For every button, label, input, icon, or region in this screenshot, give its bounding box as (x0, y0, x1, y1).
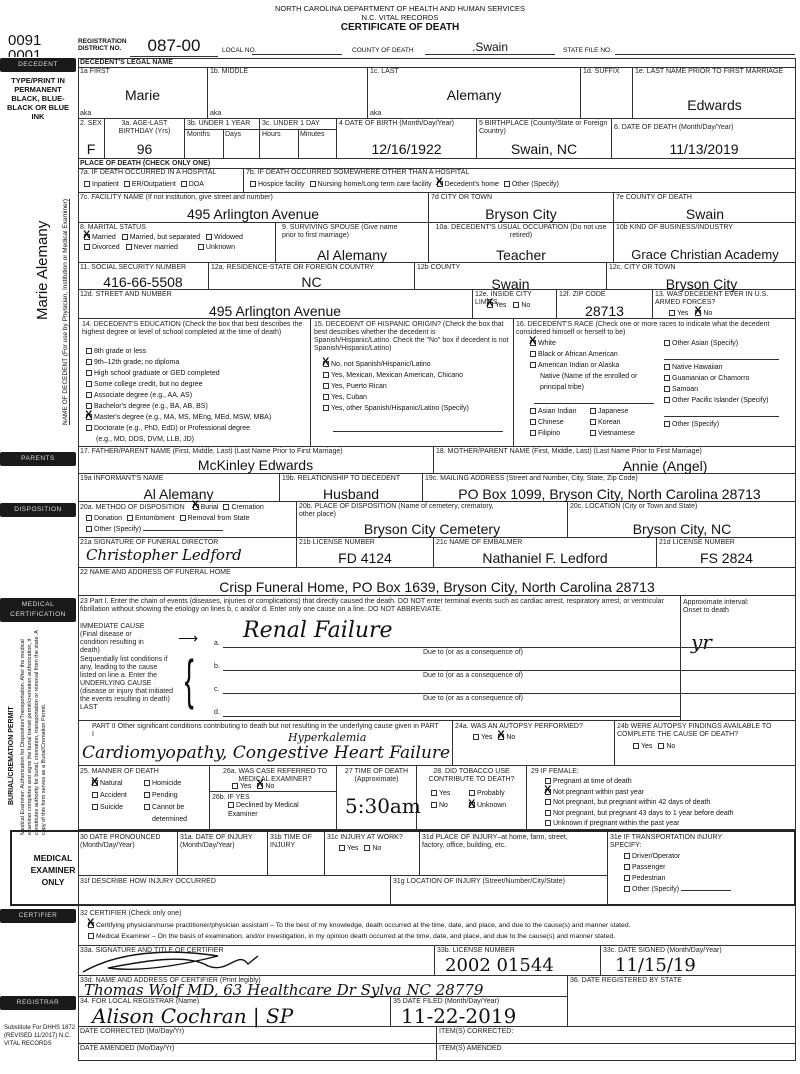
city-limits-no-checkbox[interactable] (513, 302, 519, 308)
funeral-license-field[interactable]: 21b LICENSE NUMBER FD 4124 (297, 538, 434, 568)
age-field[interactable]: 3a. AGE-LAST BIRTHDAY (Yrs) 96 (105, 119, 185, 159)
interval-label: Approximate interval: Onset to death (683, 599, 763, 615)
declined-checkbox[interactable] (228, 802, 234, 808)
brace-icon: { (185, 652, 194, 707)
disposition-location-field[interactable]: 20c. LOCATION (City or Town and State) B… (568, 502, 796, 538)
tobacco-unknown-checkbox[interactable] (469, 802, 475, 808)
race-option: White (538, 340, 556, 347)
race-japanese-checkbox[interactable] (590, 408, 596, 414)
tobacco-section: 28. DID TOBACCO USE CONTRIBUTE TO DEATH?… (417, 766, 527, 830)
not-pregnant-year-checkbox[interactable] (545, 789, 551, 795)
armed-forces-no-checkbox[interactable] (695, 310, 701, 316)
medical-examiner-label: Medical Examiner – On the basis of exami… (96, 933, 615, 940)
death-county-field[interactable]: 7e COUNTY OF DEATH Swain (614, 193, 796, 223)
if-female-label: 29 IF FEMALE: (531, 768, 579, 776)
removal-label: Removal from State (188, 515, 250, 522)
race-option: Other (Specify) (672, 421, 719, 428)
death-city-field[interactable]: 7d CITY OR TOWN Bryson City (429, 193, 614, 223)
me-referred-no-label: No (265, 783, 274, 790)
race-chinese-checkbox[interactable] (530, 419, 536, 425)
residence-city-label: 12c. CITY OR TOWN (609, 264, 676, 272)
race-korean-checkbox[interactable] (590, 419, 596, 425)
education-some-college-checkbox[interactable] (86, 381, 92, 387)
autopsy-no-checkbox[interactable] (498, 734, 504, 740)
female-option: Not pregnant, but pregnant within 42 day… (553, 799, 710, 806)
spouse-field[interactable]: 9. SURVIVING SPOUSE (Give name prior to … (276, 223, 429, 263)
transport-option: Other (Specify) (632, 886, 679, 893)
natural-checkbox[interactable] (92, 780, 98, 786)
hispanic-option: No, not Spanish/Hispanic/Latino (331, 361, 431, 368)
cause-line-a[interactable]: Renal Failure (243, 618, 393, 643)
dod-label: 6. DATE OF DEATH (Month/Day/Year) (614, 124, 733, 132)
armed-forces-yes-checkbox[interactable] (669, 310, 675, 316)
inpatient-label: Inpatient (92, 181, 119, 188)
date-signed-label: 33c. DATE SIGNED (Month/Day/Year) (603, 947, 722, 955)
certifier-license-field[interactable]: 33b. LICENSE NUMBER 2002 01544 (435, 946, 601, 976)
injury-date-field[interactable]: 31a. DATE OF INJURY (Month/Day/Year) (178, 832, 268, 876)
county-of-death-field[interactable]: .Swain (425, 40, 555, 55)
armed-forces-label: 13. WAS DECEDENT EVER IN U.S. ARMED FORC… (655, 291, 794, 307)
suicide-checkbox[interactable] (92, 804, 98, 810)
hispanic-mexican-checkbox[interactable] (323, 372, 329, 378)
burial-label: Burial (201, 504, 219, 511)
race-black-checkbox[interactable] (530, 351, 536, 357)
pregnant-42-days-checkbox[interactable] (545, 799, 551, 805)
ssn-value: 416-66-5508 (78, 274, 208, 290)
disposition-location-label: 20c. LOCATION (City or Town and State) (570, 503, 697, 511)
informant-field[interactable]: 19a INFORMANT'S NAME Al Alemany (78, 474, 280, 502)
arrow-right-icon: ⟶ (178, 630, 198, 647)
cause-part2-value: Cardiomyopathy, Congestive Heart Failure (82, 743, 450, 763)
pregnant-43-days-checkbox[interactable] (545, 810, 551, 816)
funeral-license-value: FD 4124 (297, 550, 433, 566)
business-field[interactable]: 10b KIND OF BUSINESS/INDUSTRY Grace Chri… (614, 223, 796, 263)
education-option: High school graduate or GED completed (94, 370, 220, 377)
first-name-field[interactable]: 1a FIRST Marie aka (78, 67, 208, 119)
nursing-home-checkbox[interactable] (310, 181, 316, 187)
facility-name-value: 495 Arlington Avenue (78, 206, 428, 222)
relationship-field[interactable]: 19b. RELATIONSHIP TO DECEDENT Husband (280, 474, 423, 502)
hispanic-option: Yes, Puerto Rican (331, 383, 387, 390)
sex-label: 2. SEX (80, 120, 102, 128)
divorced-label: Divorced (92, 244, 120, 251)
tobacco-probably-checkbox[interactable] (469, 790, 475, 796)
residence-state-field[interactable]: 12a. RESIDENCE-STATE OR FOREIGN COUNTRY … (209, 263, 415, 290)
natural-label: Natural (100, 778, 144, 790)
other-place-label: Other (Specify) (512, 181, 559, 188)
undetermined-checkbox[interactable] (144, 804, 150, 810)
pregnant-unknown-checkbox[interactable] (545, 820, 551, 826)
informant-value: Al Alemany (78, 486, 279, 502)
separated-checkbox[interactable] (122, 234, 128, 240)
relationship-value: Husband (280, 486, 422, 502)
city-limits-yes-label: Yes (495, 302, 506, 309)
declined-label: Declined by Medical Examiner (228, 802, 299, 818)
maiden-name-value: Edwards (633, 97, 796, 113)
autopsy-label: 24a. WAS AN AUTOPSY PERFORMED? (455, 723, 583, 731)
embalmer-value: Nathaniel F. Ledford (434, 550, 656, 566)
autopsy-findings-label: 24b WERE AUTOPSY FINDINGS AVAILABLE TO C… (617, 723, 794, 739)
disposition-place-field[interactable]: 20b. PLACE OF DISPOSITION (Name of cemet… (297, 502, 568, 538)
suicide-label: Suicide (100, 802, 144, 814)
hispanic-other-checkbox[interactable] (323, 405, 329, 411)
city-limits-field: 12e. INSIDE CITY LIMITS Yes No (473, 290, 557, 319)
disposition-method-section: 20a. METHOD OF DISPOSITION Burial Cremat… (78, 502, 297, 538)
cremation-checkbox[interactable] (223, 504, 229, 510)
hospice-checkbox[interactable] (250, 181, 256, 187)
suffix-label: 1d. SUFFIX (583, 68, 620, 76)
cause-part1-label: 23 Part I. Enter the chain of events (di… (80, 598, 676, 614)
transport-option: Driver/Operator (632, 853, 680, 860)
birthplace-field[interactable]: 5 BIRTHPLACE (County/State or Foreign Co… (477, 119, 612, 159)
first-name-label: 1a FIRST (80, 68, 110, 76)
minutes-label: Minutes (300, 131, 325, 139)
sex-field[interactable]: 2. SEX F (78, 119, 105, 159)
education-label: 14. DECEDENT'S EDUCATION (Check the box … (82, 321, 306, 337)
funeral-director-signature: Christopher Ledford (86, 546, 242, 564)
education-associate-checkbox[interactable] (86, 392, 92, 398)
me-referred-no-checkbox[interactable] (257, 783, 263, 789)
married-checkbox[interactable] (84, 234, 90, 240)
female-option: Unknown if pregnant within the past year (553, 820, 679, 827)
findings-no-checkbox[interactable] (658, 743, 664, 749)
hispanic-section: 15. DECEDENT OF HISPANIC ORIGIN? (Check … (311, 319, 514, 447)
homicide-checkbox[interactable] (144, 780, 150, 786)
race-section: 16. DECEDENT'S RACE (Check one or more r… (514, 319, 796, 447)
months-label: Months (187, 131, 210, 139)
cause-part2-field[interactable]: PART II Other significant conditions con… (78, 721, 453, 766)
date-signed-field[interactable]: 33c. DATE SIGNED (Month/Day/Year) 11/15/… (601, 946, 796, 976)
education-doctorate-checkbox[interactable] (86, 425, 92, 431)
occupation-label: 10a. DECEDENT'S USUAL OCCUPATION (Do not… (431, 224, 611, 240)
certifier-section: 32 CERTIFIER (Check only one) Certifying… (78, 908, 796, 946)
zip-value: 28713 (557, 303, 652, 319)
hispanic-option: Yes, Mexican, Mexican American, Chicano (331, 372, 463, 379)
hispanic-puerto-rican-checkbox[interactable] (323, 383, 329, 389)
pending-checkbox[interactable] (144, 792, 150, 798)
education-hs-checkbox[interactable] (86, 370, 92, 376)
manner-label: 25. MANNER OF DEATH (80, 768, 159, 776)
mother-name-field[interactable]: 18. MOTHER/PARENT NAME (First, Middle, L… (434, 447, 796, 474)
accident-label: Accident (100, 790, 144, 802)
tobacco-yes-checkbox[interactable] (431, 790, 437, 796)
race-option: Other Asian (Specify) (672, 340, 738, 347)
certifier-signature (78, 946, 328, 976)
death-county-label: 7e COUNTY OF DEATH (616, 194, 692, 202)
never-married-checkbox[interactable] (126, 244, 132, 250)
maiden-name-field[interactable]: 1e. LAST NAME PRIOR TO FIRST MARRIAGE Ed… (633, 67, 796, 119)
last-name-field[interactable]: 1c. LAST Alemany aka (368, 67, 581, 119)
injury-date-label: 31a. DATE OF INJURY (Month/Day/Year) (180, 834, 265, 850)
last-name-label: 1c. LAST (370, 68, 399, 76)
hispanic-option: Yes, Cuban (331, 394, 367, 401)
donation-label: Donation (94, 515, 122, 522)
spouse-label: 9. SURVIVING SPOUSE (Give name prior to … (282, 224, 408, 240)
injury-location-field[interactable]: 31g LOCATION OF INJURY (Street/Number/Ci… (391, 876, 608, 905)
me-referred-yes-label: Yes (240, 783, 251, 790)
due-to-label: Due to (or as a consequence of) (423, 695, 523, 703)
tobacco-no-checkbox[interactable] (431, 802, 437, 808)
race-label: 16. DECEDENT'S RACE (Check one or more r… (516, 321, 792, 337)
autopsy-yes-checkbox[interactable] (473, 734, 479, 740)
street-field[interactable]: 12d. STREET AND NUMBER 495 Arlington Ave… (78, 290, 473, 319)
birthplace-value: Swain, NC (477, 141, 611, 157)
residence-city-field[interactable]: 12c. CITY OR TOWN Bryson City (607, 263, 796, 290)
female-option: Not pregnant, but pregnant 43 days to 1 … (553, 810, 734, 817)
state-file-field[interactable] (615, 54, 795, 55)
death-county-value: Swain (614, 206, 796, 222)
occupation-value: Teacher (429, 247, 613, 263)
division-name: N.C. VITAL RECORDS (0, 13, 800, 22)
findings-yes-checkbox[interactable] (633, 743, 639, 749)
injury-time-field[interactable]: 31b TIME OF INJURY (268, 832, 325, 876)
race-option: Black or African American (538, 351, 618, 358)
tobacco-yes-label: Yes (439, 788, 469, 800)
dob-value: 12/16/1922 (337, 141, 476, 157)
date-filed-field[interactable]: 35 DATE FILED (Month/Day/Year) 11-22-201… (391, 997, 568, 1027)
race-other-pacific-checkbox[interactable] (664, 397, 670, 403)
other-place-checkbox[interactable] (504, 181, 510, 187)
embalmer-field[interactable]: 21c NAME OF EMBALMER Nathaniel F. Ledfor… (434, 538, 657, 568)
due-to-label: Due to (or as a consequence of) (423, 649, 523, 657)
race-vietnamese-checkbox[interactable] (590, 430, 596, 436)
funeral-director-signature-field[interactable]: 21a SIGNATURE OF FUNERAL DIRECTOR Christ… (78, 538, 297, 568)
race-option: American Indian or Alaska (538, 362, 619, 369)
father-name-field[interactable]: 17. FATHER/PARENT NAME (First, Middle, L… (78, 447, 434, 474)
items-corrected-field[interactable]: ITEM(S) CORRECTED: (437, 1027, 796, 1044)
facility-name-label: 7c. FACILITY NAME (If not institution, g… (80, 194, 273, 202)
non-hospital-death-field: 7b. IF DEATH OCCURRED SOMEWHERE OTHER TH… (244, 168, 796, 193)
cause-line-b[interactable] (228, 658, 668, 670)
dod-value: 11/13/2019 (612, 141, 796, 157)
suffix-field[interactable]: 1d. SUFFIX (581, 67, 633, 119)
findings-yes-label: Yes (641, 743, 652, 750)
under-1-year-field[interactable]: 3b. UNDER 1 YEAR Months Days (185, 119, 260, 159)
sex-value: F (78, 141, 104, 157)
doa-checkbox[interactable] (181, 181, 187, 187)
race-option: Asian Indian (538, 406, 590, 417)
transport-option: Passenger (632, 864, 665, 871)
certifier-label: 32 CERTIFIER (Check only one) (80, 910, 181, 918)
under-1-day-field[interactable]: 3c. UNDER 1 DAY Hours Minutes (260, 119, 337, 159)
widowed-checkbox[interactable] (206, 234, 212, 240)
immediate-cause-note: (Final disease or condition resulting in… (80, 631, 150, 655)
residence-county-field[interactable]: 12b COUNTY Swain (415, 263, 607, 290)
race-native-hawaiian-checkbox[interactable] (664, 364, 670, 370)
interval-section: Approximate interval: Onset to death yr (681, 596, 796, 721)
education-8th-checkbox[interactable] (86, 348, 92, 354)
female-option: Pregnant at time of death (553, 778, 632, 785)
funeral-home-value: Crisp Funeral Home, PO Box 1639, Bryson … (78, 579, 796, 595)
embalmer-license-field[interactable]: 21d LICENSE NUMBER FS 2824 (657, 538, 796, 568)
race-american-indian-checkbox[interactable] (530, 362, 536, 368)
hispanic-cuban-checkbox[interactable] (323, 394, 329, 400)
dob-label: 4 DATE OF BIRTH (Month/Day/Year) (339, 120, 454, 128)
race-option: Vietnamese (598, 430, 635, 437)
hospital-death-field: 7a. IF DEATH OCCURRED IN A HOSPITAL Inpa… (78, 168, 244, 193)
race-other-checkbox[interactable] (664, 421, 670, 427)
local-no-label: LOCAL NO. (222, 47, 256, 54)
zip-label: 12f. ZIP CODE (559, 291, 606, 299)
education-option: Master's degree (e.g., MA, MS, MEng, MEd… (94, 414, 271, 421)
hispanic-no-checkbox[interactable] (323, 361, 329, 367)
autopsy-yes-label: Yes (481, 734, 492, 741)
injury-at-work-label: 31c INJURY AT WORK? (327, 834, 403, 842)
interval-a-value[interactable]: yr (691, 630, 712, 654)
cause-line-d[interactable] (228, 704, 668, 716)
entombment-checkbox[interactable] (127, 515, 133, 521)
disposition-place-label: 20b. PLACE OF DISPOSITION (Name of cemet… (299, 503, 507, 519)
race-guamanian-checkbox[interactable] (664, 375, 670, 381)
substitute-note: Substitute For DHHS 1872 (REVISED 11/201… (4, 1024, 78, 1048)
race-option: Filipino (538, 428, 590, 439)
dod-field[interactable]: 6. DATE OF DEATH (Month/Day/Year) 11/13/… (612, 119, 796, 159)
undetermined-label: Cannot be determined (152, 802, 192, 826)
date-amended-field[interactable]: DATE AMENDED (Mo/Day/Yr) (78, 1044, 437, 1061)
certifying-physician-checkbox[interactable] (88, 922, 94, 928)
inpatient-checkbox[interactable] (84, 181, 90, 187)
race-option: Japanese (598, 408, 628, 415)
certifier-license-label: 33b. LICENSE NUMBER (437, 947, 515, 955)
age-value: 96 (105, 141, 184, 157)
local-registrar-field[interactable]: 34. FOR LOCAL REGISTRAR (Name) Alison Co… (78, 997, 391, 1027)
hispanic-label: 15. DECEDENT OF HISPANIC ORIGIN? (Check … (314, 321, 509, 353)
stamp-bottom: 0001 (8, 47, 41, 57)
permit-title: BURIAL/CREMATION PERMIT (8, 706, 15, 805)
divorced-checkbox[interactable] (84, 244, 90, 250)
tobacco-unknown-label: Unknown (477, 802, 506, 809)
doa-label: DOA (189, 181, 204, 188)
separated-label: Married, but separated (130, 234, 200, 241)
form-header: NORTH CAROLINA DEPARTMENT OF HEALTH AND … (0, 4, 800, 34)
death-city-label: 7d CITY OR TOWN (431, 194, 492, 202)
spouse-value: Al Alemany (276, 247, 428, 263)
date-corrected-label: DATE CORRECTED (Mo/Day/Yr) (80, 1028, 184, 1036)
city-limits-yes-checkbox[interactable] (487, 302, 493, 308)
injury-description-field[interactable]: 31f DESCRIBE HOW INJURY OCCURRED (78, 876, 391, 905)
mother-name-value: Annie (Angel) (434, 458, 796, 474)
zip-field[interactable]: 12f. ZIP CODE 28713 (557, 290, 653, 319)
education-option: Doctorate (e.g., PhD, EdD) or Profession… (94, 425, 250, 432)
permit-text: Medical Examiner: Authorization for Disp… (20, 630, 48, 835)
form-title: CERTIFICATE OF DEATH (0, 22, 800, 34)
race-option: Chinese (538, 417, 590, 428)
hospital-death-label: 7a. IF DEATH OCCURRED IN A HOSPITAL (80, 169, 216, 177)
middle-name-field[interactable]: 1b. MIDDLE aka (208, 67, 368, 119)
race-white-checkbox[interactable] (530, 340, 536, 346)
er-outpatient-checkbox[interactable] (124, 181, 130, 187)
decedents-home-label: Decedent's home (445, 181, 499, 188)
race-other-asian-checkbox[interactable] (664, 340, 670, 346)
transport-injury-section: 31e IF TRANSPORTATION INJURY SPECIFY: Dr… (608, 832, 794, 905)
accident-checkbox[interactable] (92, 792, 98, 798)
decedents-home-checkbox[interactable] (437, 181, 443, 187)
race-asian-indian-checkbox[interactable] (530, 408, 536, 414)
registration-number-field[interactable]: 087-00 (130, 36, 218, 57)
certifier-name-address-field[interactable]: 33d. NAME AND ADDRESS OF CERTIFIER (Prin… (78, 976, 568, 997)
state-file-label: STATE FILE NO. (563, 47, 612, 54)
injury-at-work-yes-checkbox[interactable] (339, 845, 345, 851)
removal-checkbox[interactable] (180, 515, 186, 521)
dob-field[interactable]: 4 DATE OF BIRTH (Month/Day/Year) 12/16/1… (337, 119, 477, 159)
education-9-12-checkbox[interactable] (86, 359, 92, 365)
manner-section: 25. MANNER OF DEATH NaturalHomicide Acci… (78, 766, 210, 830)
married-label: Married (92, 234, 116, 241)
driver-checkbox[interactable] (624, 853, 630, 859)
entombment-label: Entombment (135, 515, 175, 522)
unknown-marital-checkbox[interactable] (198, 244, 204, 250)
medical-examiner-checkbox[interactable] (88, 933, 94, 939)
armed-forces-yes-label: Yes (677, 310, 688, 317)
death-city-value: Bryson City (429, 206, 613, 222)
date-pronounced-field[interactable]: 30 DATE PRONOUNCED (Month/Day/Year) (78, 832, 178, 876)
homicide-label: Homicide (152, 780, 181, 787)
date-corrected-field[interactable]: DATE CORRECTED (Mo/Day/Yr) (78, 1027, 437, 1044)
injury-at-work-yes-label: Yes (347, 845, 358, 852)
items-amended-field[interactable]: ITEM(S) AMENDED (437, 1044, 796, 1061)
autopsy-field: 24a. WAS AN AUTOPSY PERFORMED? Yes No (453, 721, 615, 766)
facility-name-field[interactable]: 7c. FACILITY NAME (If not institution, g… (78, 193, 429, 223)
immediate-cause-label: IMMEDIATE CAUSE (80, 623, 144, 631)
disposition-tag: DISPOSITION (0, 503, 76, 517)
funeral-home-field[interactable]: 22 NAME AND ADDRESS OF FUNERAL HOME Cris… (78, 568, 796, 596)
certifier-signature-field[interactable]: 33a. SIGNATURE AND TITLE OF CERTIFIER (78, 946, 435, 976)
time-of-death-field[interactable]: 27 TIME OF DEATH (Approximate) 5:30am (337, 766, 417, 830)
occupation-field[interactable]: 10a. DECEDENT'S USUAL OCCUPATION (Do not… (429, 223, 614, 263)
donation-checkbox[interactable] (86, 515, 92, 521)
injury-place-field[interactable]: 31d PLACE OF INJURY–at home, farm, stree… (420, 832, 608, 876)
decedent-name-vertical-label: NAME OF DECEDENT (For use by Physician, … (62, 199, 70, 425)
autopsy-findings-field: 24b WERE AUTOPSY FINDINGS AVAILABLE TO C… (615, 721, 796, 766)
education-option: 8th grade or less (94, 348, 146, 355)
time-of-death-label: 27 TIME OF DEATH (Approximate) (339, 768, 414, 784)
race-samoan-checkbox[interactable] (664, 386, 670, 392)
cause-line-c[interactable] (228, 681, 668, 693)
me-referred-yes-checkbox[interactable] (232, 783, 238, 789)
passenger-checkbox[interactable] (624, 864, 630, 870)
informant-label: 19a INFORMANT'S NAME (80, 475, 163, 483)
date-signed-value: 11/15/19 (615, 955, 696, 976)
race-option-note: principal tribe) (540, 384, 584, 391)
local-no-field[interactable] (252, 54, 342, 55)
race-filipino-checkbox[interactable] (530, 430, 536, 436)
mailing-address-value: PO Box 1099, Bryson City, North Carolina… (423, 486, 796, 502)
mailing-address-field[interactable]: 19c. MAILING ADDRESS (Street and Number,… (423, 474, 796, 502)
registrar-tag: REGISTRAR (0, 996, 76, 1010)
sequential-cause-note: Sequentially list conditions if any, lea… (80, 656, 175, 712)
other-disposition-checkbox[interactable] (86, 526, 92, 532)
medical-certification-tag: MEDICAL CERTIFICATION (0, 598, 76, 622)
education-master-checkbox[interactable] (86, 414, 92, 420)
injury-location-label: 31g LOCATION OF INJURY (Street/Number/Ci… (393, 878, 565, 886)
pedestrian-checkbox[interactable] (624, 875, 630, 881)
mother-name-label: 18. MOTHER/PARENT NAME (First, Middle, L… (436, 448, 702, 456)
er-outpatient-label: ER/Outpatient (132, 181, 176, 188)
injury-at-work-no-checkbox[interactable] (364, 845, 370, 851)
aka-label: aka (80, 110, 91, 118)
armed-forces-field: 13. WAS DECEDENT EVER IN U.S. ARMED FORC… (653, 290, 796, 319)
education-option: Some college credit, but no degree (94, 381, 203, 388)
burial-checkbox[interactable] (193, 504, 199, 510)
ssn-field[interactable]: 11. SOCIAL SECURITY NUMBER 416-66-5508 (78, 263, 209, 290)
other-transport-checkbox[interactable] (624, 886, 630, 892)
birthplace-label: 5 BIRTHPLACE (County/State or Foreign Co… (479, 120, 609, 136)
maiden-name-label: 1e. LAST NAME PRIOR TO FIRST MARRIAGE (635, 68, 794, 76)
date-registered-field[interactable]: 36. DATE REGISTERED BY STATE (568, 976, 796, 1027)
findings-no-label: No (666, 743, 675, 750)
transport-option: Pedestrian (632, 875, 665, 882)
local-registrar-value: Alison Cochran | SP (92, 1004, 293, 1028)
